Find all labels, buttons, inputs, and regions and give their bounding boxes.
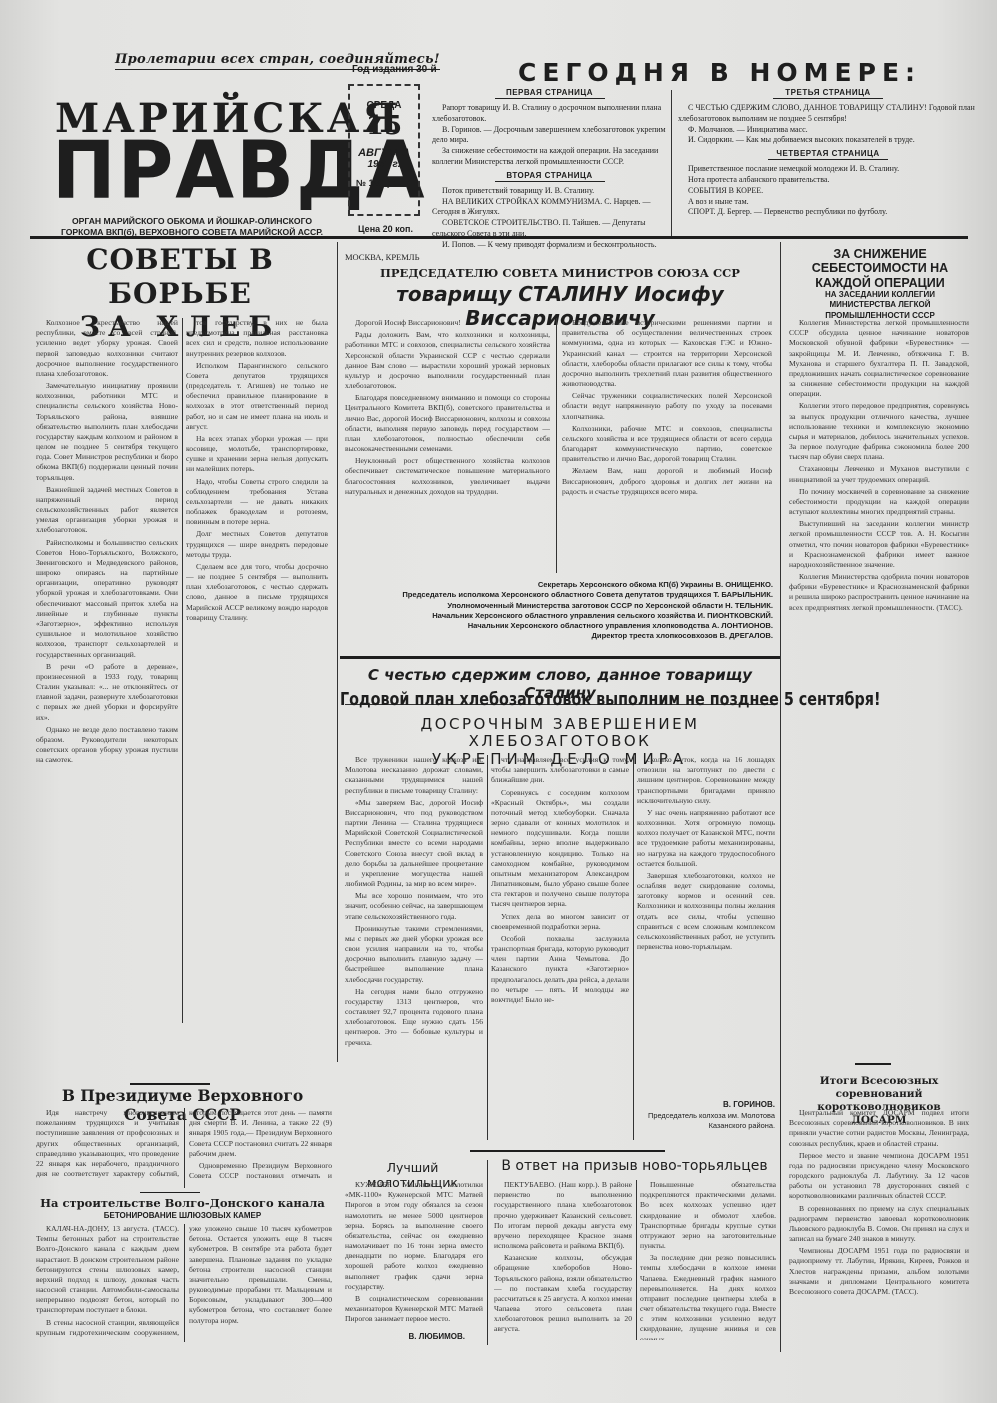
- presidium-body: Идя навстречу многочисленным пожеланиям …: [36, 1108, 332, 1188]
- cost-body: Коллегия Министерства легкой промышленно…: [789, 318, 969, 1056]
- editorial-column-1: Колхозное крестьянство нашей республики,…: [36, 318, 178, 1023]
- reply-column-2: Повышенные обязательства подкрепляются п…: [640, 1180, 776, 1340]
- divider: [130, 1083, 210, 1085]
- toc-item[interactable]: СОБЫТИЯ В КОРЕЕ.: [678, 186, 978, 197]
- signature: Директор треста хлопкосовхозов В. ДРЕГАЛ…: [345, 631, 773, 641]
- thresher-body: КУЖЕНЕР. Машинист молотилки «МК-1100» Ку…: [345, 1180, 483, 1330]
- date-box: СРЕДА 15 АВГУСТА 1951 г. № 180 (6692): [348, 84, 420, 216]
- column-divider: [636, 1180, 637, 1340]
- divider: [470, 1150, 665, 1152]
- column-divider: [337, 242, 338, 1062]
- grain-headline: Годовой план хлебозаготовок выполним не …: [340, 690, 701, 710]
- signature: Начальник Херсонского областного управле…: [345, 621, 773, 631]
- telegram-column-2: Воодушевленные историческими решениями п…: [562, 318, 772, 573]
- cost-headline: ЗА СНИЖЕНИЕ СЕБЕСТОИМОСТИ НА КАЖДОЙ ОПЕР…: [790, 247, 970, 290]
- volga-don-body: КАЛАЧ-НА-ДОНУ, 13 августа. (ТАСС). Темпы…: [36, 1224, 332, 1342]
- toc-page-label: ТРЕТЬЯ СТРАНИЦА: [773, 88, 883, 99]
- divider: [855, 1063, 891, 1065]
- toc-item[interactable]: И. Попов. — К чему приводят формализм и …: [432, 240, 667, 251]
- volga-don-headline: На строительстве Волго-Донского канала: [30, 1196, 335, 1210]
- grain-column-1: Все труженики нашего колхоза им. Молотов…: [345, 755, 483, 1140]
- toc-column-right: ТРЕТЬЯ СТРАНИЦА С ЧЕСТЬЮ СДЕРЖИМ СЛОВО, …: [678, 88, 978, 218]
- toc-item[interactable]: А воз и ныне там.: [678, 197, 978, 208]
- toc-page-label: ЧЕТВЕРТАЯ СТРАНИЦА: [768, 149, 888, 160]
- toc-item[interactable]: НА ВЕЛИКИХ СТРОЙКАХ КОММУНИЗМА. С. Нарце…: [432, 197, 667, 219]
- telegram-dateline: МОСКВА, КРЕМЛЬ: [345, 252, 419, 262]
- signature: Председатель исполкома Херсонского облас…: [345, 590, 773, 600]
- signature: Секретарь Херсонского обкома КП(б) Украи…: [345, 580, 773, 590]
- day: 15: [350, 111, 418, 141]
- toc-item[interactable]: Нота протеста албанского правительства.: [678, 175, 978, 186]
- today-in-issue-title: СЕГОДНЯ В НОМЕРЕ:: [518, 58, 921, 87]
- toc-item[interactable]: И. Сидоркин. — Как мы добиваемся высоких…: [678, 135, 978, 146]
- telegram-column-1: Дорогой Иосиф Виссарионович! Рады доложи…: [345, 318, 550, 573]
- toc-item[interactable]: С ЧЕСТЬЮ СДЕРЖИМ СЛОВО, ДАННОЕ ТОВАРИЩУ …: [678, 103, 978, 125]
- column-divider: [671, 90, 672, 238]
- masthead-organ: ОРГАН МАРИЙСКОГО ОБКОМА И ЙОШКАР-ОЛИНСКО…: [52, 216, 332, 237]
- telegram-signatures: Секретарь Херсонского обкома КП(б) Украи…: [345, 580, 773, 642]
- signature: Начальник Херсонского областного управле…: [345, 611, 773, 621]
- column-divider: [182, 318, 183, 1023]
- signature: Уполномоченный Министерства заготовок СС…: [345, 601, 773, 611]
- divider: [140, 1192, 200, 1193]
- toc-list: Рапорт товарищу И. В. Сталину о досрочно…: [432, 103, 667, 168]
- toc-page-label: ПЕРВАЯ СТРАНИЦА: [495, 88, 605, 99]
- toc-item[interactable]: Ф. Молчанов. — Инициатива масс.: [678, 125, 978, 136]
- grain-column-2: что направляем все усилия к тому, чтобы …: [491, 755, 629, 1140]
- month: АВГУСТА: [350, 147, 418, 159]
- grain-author-block: В. ГОРИНОВ. Председатель колхоза им. Мол…: [637, 1100, 775, 1131]
- volga-don-subhead: БЕТОНИРОВАНИЕ ШЛЮЗОВЫХ КАМЕР: [30, 1211, 335, 1220]
- year: 1951 г.: [350, 159, 418, 170]
- issue-number: № 180 (6692): [350, 178, 418, 188]
- thresher-author: В. ЛЮБИМОВ.: [345, 1332, 465, 1343]
- year-of-issue: Год издания 30-й: [352, 64, 437, 75]
- price: Цена 20 коп.: [358, 224, 413, 234]
- masthead-rule: [30, 236, 968, 239]
- editorial-column-2: тов государству, в них не была предусмот…: [186, 318, 328, 1023]
- toc-item[interactable]: СПОРТ. Д. Бергер. — Первенство республик…: [678, 207, 978, 218]
- toc-item[interactable]: В. Горинов. — Досрочным завершением хлеб…: [432, 125, 667, 147]
- grain-author: В. ГОРИНОВ.: [637, 1100, 775, 1111]
- column-divider: [556, 318, 557, 573]
- toc-item[interactable]: Приветственное послание немецкой молодеж…: [678, 164, 978, 175]
- column-divider: [487, 1160, 488, 1345]
- column-divider: [487, 755, 488, 1140]
- toc-item[interactable]: Рапорт товарищу И. В. Сталину о досрочно…: [432, 103, 667, 125]
- weekday: СРЕДА: [350, 100, 418, 111]
- dosarm-body: Центральный комитет ДОСАРМ подвел итоги …: [789, 1108, 969, 1348]
- reply-headline: В ответ на призыв ново-торьяльцев: [492, 1158, 777, 1174]
- toc-page-label: ВТОРАЯ СТРАНИЦА: [495, 171, 605, 182]
- cost-subhead: НА ЗАСЕДАНИИ КОЛЛЕГИИ МИНИСТЕРСТВА ЛЕГКО…: [800, 290, 960, 321]
- telegram-addressee-line1: ПРЕДСЕДАТЕЛЮ СОВЕТА МИНИСТРОВ СОЮЗА ССР: [345, 266, 775, 280]
- toc-item[interactable]: Поток приветствий товарищу И. В. Сталину…: [432, 186, 667, 197]
- toc-item[interactable]: За снижение себестоимости на каждой опер…: [432, 146, 667, 168]
- column-divider: [780, 242, 781, 1352]
- column-divider: [633, 755, 634, 1140]
- grain-column-3: сколько суток, когда на 16 лошадях отвоз…: [637, 755, 775, 1095]
- reply-column-1: ПЕКТУБАЕВО. (Наш корр.). В районе первен…: [494, 1180, 632, 1340]
- newspaper-page: Пролетарии всех стран, соединяйтесь! Год…: [0, 0, 997, 1403]
- toc-column-left: ПЕРВАЯ СТРАНИЦА Рапорт товарищу И. В. Ст…: [432, 88, 667, 251]
- section-rule: [340, 656, 780, 659]
